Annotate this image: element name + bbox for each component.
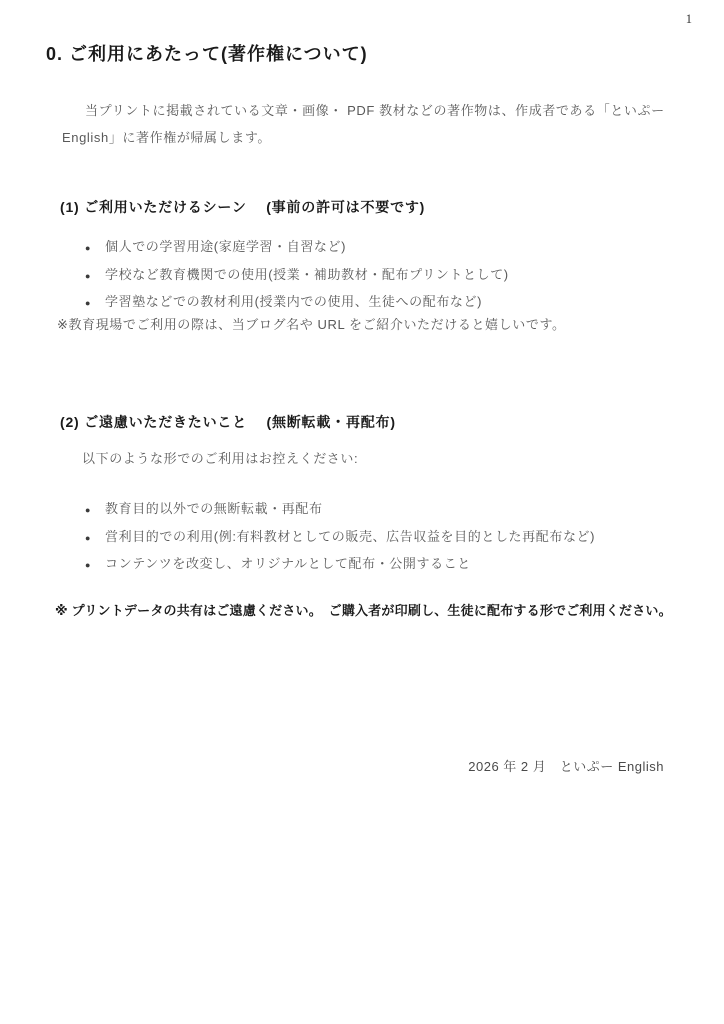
intro-paragraph-line-2: English」に著作権が帰属します。 — [62, 124, 667, 151]
list-item-text: 教育目的以外での無断転載・再配布 — [105, 496, 323, 523]
bullet-icon: ● — [85, 497, 105, 524]
bullet-icon: ● — [85, 290, 105, 317]
list-item-text: コンテンツを改変し、オリジナルとして配布・公開すること — [105, 551, 471, 578]
section1-note: ※教育現場でご利用の際は、当ブログ名や URL をご紹介いただけると嬉しいです。 — [57, 316, 566, 334]
list-item-text: 営利目的での利用(例:有料教材としての販売、広告収益を目的とした再配布など) — [105, 524, 595, 551]
list-item-text: 学習塾などでの教材利用(授業内での使用、生徒への配布など) — [105, 289, 482, 316]
date-and-author: 2026 年 2 月 といぷー English — [468, 756, 664, 775]
document-page: 1 0. ご利用にあたって(著作権について) 当プリントに掲載されている文章・画… — [0, 0, 724, 1024]
list-item: ● コンテンツを改変し、オリジナルとして配布・公開すること — [85, 551, 595, 579]
bullet-icon: ● — [85, 263, 105, 290]
section2-heading: (2) ご遠慮いただきたいこと (無断転載・再配布) — [60, 412, 396, 432]
list-item: ● 個人での学習用途(家庭学習・自習など) — [85, 234, 509, 262]
section1-heading: (1) ご利用いただけるシーン (事前の許可は不要です) — [60, 197, 425, 217]
document-title: 0. ご利用にあたって(著作権について) — [46, 40, 368, 66]
section2-intro: 以下のような形でのご利用はお控えください: — [82, 450, 358, 468]
section1-bullet-list: ● 個人での学習用途(家庭学習・自習など) ● 学校など教育機関での使用(授業・… — [85, 234, 509, 317]
intro-paragraph: 当プリントに掲載されている文章・画像・ PDF 教材などの著作物は、作成者である… — [62, 97, 667, 151]
bullet-icon: ● — [85, 552, 105, 579]
list-item: ● 教育目的以外での無断転載・再配布 — [85, 496, 595, 524]
print-data-sharing-warning: ※ プリントデータの共有はご遠慮ください。 ご購入者が印刷し、生徒に配布する形で… — [55, 602, 695, 620]
list-item: ● 学習塾などでの教材利用(授業内での使用、生徒への配布など) — [85, 289, 509, 317]
page-number: 1 — [686, 12, 692, 27]
list-item: ● 学校など教育機関での使用(授業・補助教材・配布プリントとして) — [85, 262, 509, 290]
list-item: ● 営利目的での利用(例:有料教材としての販売、広告収益を目的とした再配布など) — [85, 524, 595, 552]
list-item-text: 個人での学習用途(家庭学習・自習など) — [105, 234, 346, 261]
bullet-icon: ● — [85, 525, 105, 552]
list-item-text: 学校など教育機関での使用(授業・補助教材・配布プリントとして) — [105, 262, 509, 289]
bullet-icon: ● — [85, 235, 105, 262]
section2-bullet-list: ● 教育目的以外での無断転載・再配布 ● 営利目的での利用(例:有料教材としての… — [85, 496, 595, 579]
intro-paragraph-line-1: 当プリントに掲載されている文章・画像・ PDF 教材などの著作物は、作成者である… — [62, 97, 667, 124]
